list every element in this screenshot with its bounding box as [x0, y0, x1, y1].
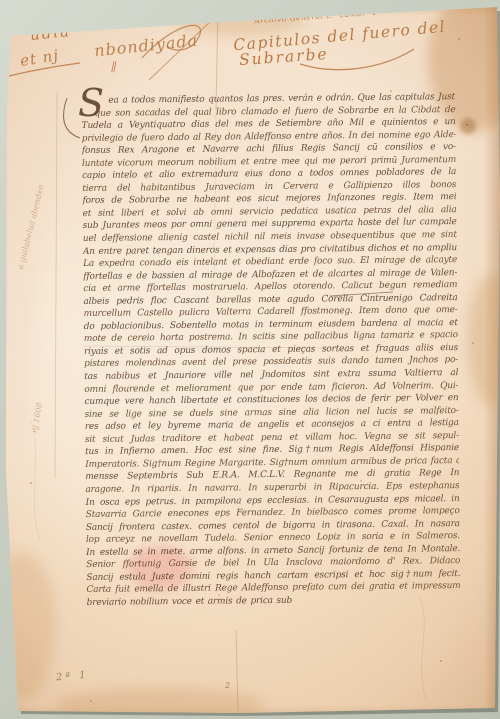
tiny-numeral-mark: 1.: [229, 11, 237, 20]
stain-right-mid: [468, 275, 500, 405]
archive-reference-note: Archivo General t.° camb.° 1: [254, 8, 378, 26]
pen-trial-scribble: nbondiyada: [93, 31, 199, 61]
stain-bottom-left: [0, 552, 56, 702]
paper-edge-top: [0, 4, 500, 16]
manuscript-page: udla et nj nbondiyada ∥ 1. Archivo Gener…: [0, 0, 500, 719]
pencil-folio-mark: 2ª 1: [56, 670, 89, 684]
spot-right-edge: [460, 118, 476, 134]
crease-left-margin: [55, 92, 57, 478]
manuscript-body: ea a todos manifiesto quantos las pres. …: [81, 91, 460, 609]
foxing-specks: [68, 14, 70, 16]
pale-patch-left: [0, 120, 34, 450]
pencil-page-number: 2: [225, 681, 230, 690]
crack-bottom-right: [420, 598, 426, 700]
scribble-mark: ∥: [110, 60, 118, 75]
manuscript-photo: udla et nj nbondiyada ∥ 1. Archivo Gener…: [0, 0, 500, 719]
corner-annotation-2: et nj: [19, 46, 60, 70]
faint-margin-note-lower: nj 1608: [30, 402, 44, 434]
crack-left: [30, 420, 40, 540]
corner-annotation-1: udla: [29, 22, 72, 44]
manuscript-line: breviario nobilium voce et armis de pric…: [87, 593, 461, 609]
